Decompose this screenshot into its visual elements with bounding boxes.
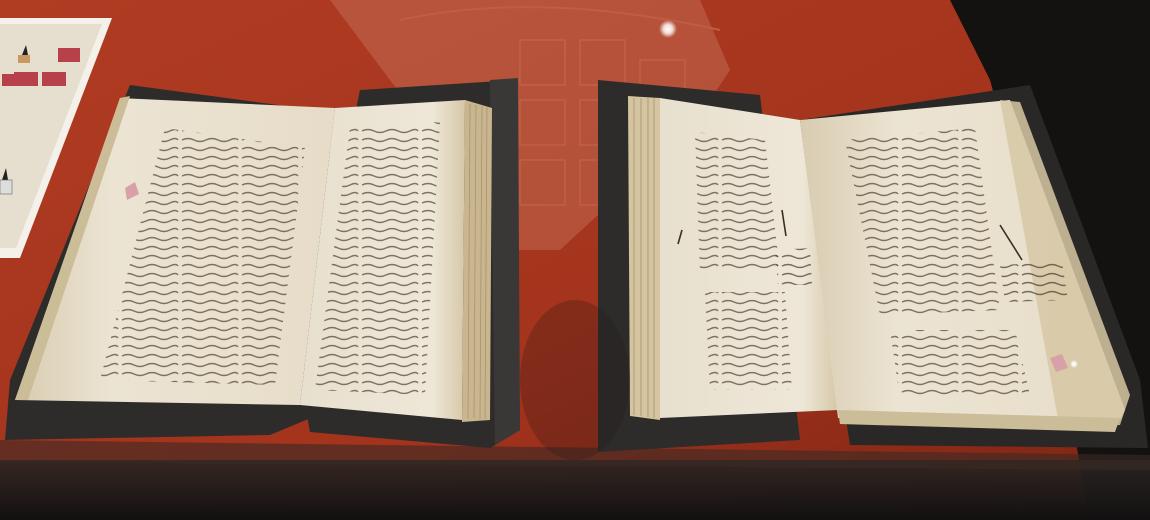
- handwriting-block: [705, 292, 792, 390]
- case-bottom-edge: [0, 460, 1150, 520]
- handwriting-block: [890, 330, 1030, 398]
- glass-reflection: [520, 300, 630, 460]
- spotlight-reflection: [659, 20, 677, 38]
- page-edges-right: [628, 96, 660, 420]
- page-edges-left: [462, 100, 492, 422]
- scene-canvas: [0, 0, 1150, 520]
- handwriting-margin-note: [1000, 262, 1068, 302]
- museum-case-photo: [0, 0, 1150, 520]
- handwriting-margin-note: [775, 248, 812, 285]
